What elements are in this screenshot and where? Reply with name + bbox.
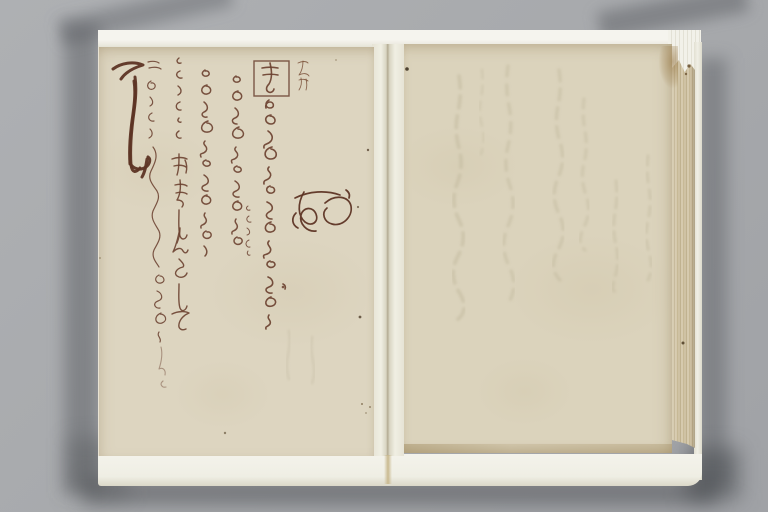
book [0, 0, 768, 512]
speck [687, 64, 690, 67]
speck [357, 206, 359, 208]
photograph [0, 0, 768, 512]
speck [99, 257, 101, 259]
speck [682, 342, 685, 345]
speck [367, 149, 369, 151]
speck [359, 316, 362, 319]
speck [369, 406, 371, 408]
speck [282, 286, 285, 289]
speck [405, 67, 409, 71]
speck [224, 432, 226, 434]
speck [365, 412, 367, 414]
speck [361, 403, 363, 405]
speck [685, 73, 687, 75]
speck [335, 59, 337, 61]
paper-specks [0, 0, 768, 512]
